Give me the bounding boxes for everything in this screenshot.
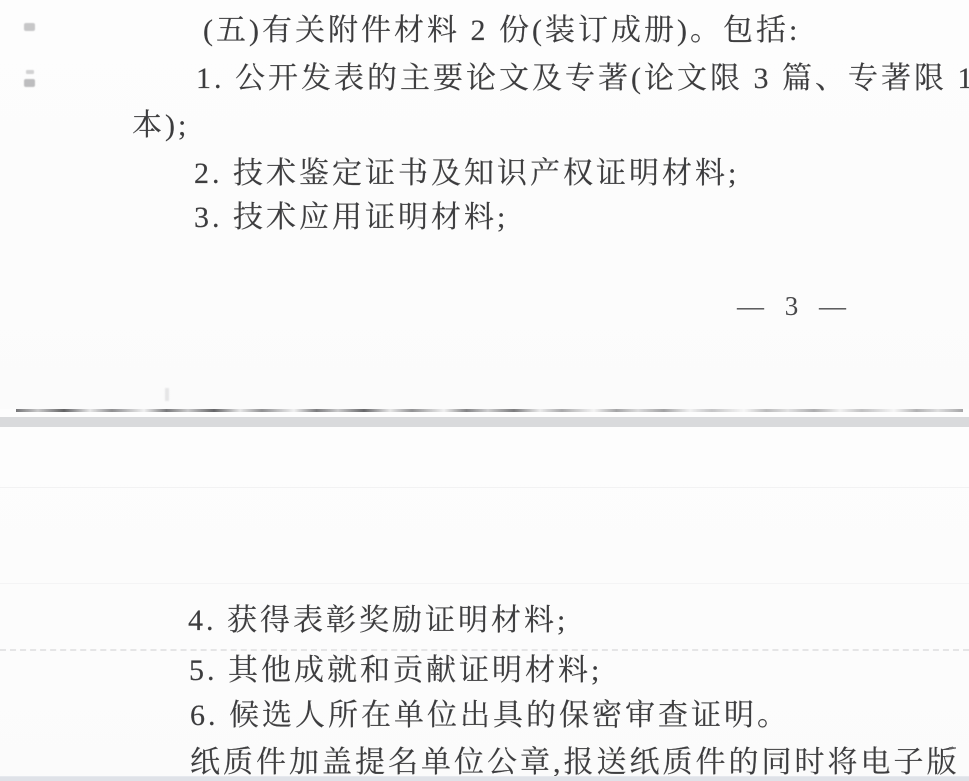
list-item-1-line-1: 1. 公开发表的主要论文及专著(论文限 3 篇、专著限 1 bbox=[196, 61, 969, 97]
page-edge-shadow bbox=[16, 409, 963, 412]
page-number: — 3 — bbox=[737, 291, 853, 322]
faint-scan-line bbox=[0, 583, 969, 584]
faint-scan-line bbox=[0, 487, 969, 488]
page-3-fragment: (五)有关附件材料 2 份(装订成册)。包括: 1. 公开发表的主要论文及专著(… bbox=[0, 0, 969, 409]
scan-tick-mark bbox=[946, 755, 952, 757]
scan-tick-mark bbox=[949, 747, 956, 749]
bottom-edge-band bbox=[0, 776, 969, 781]
page-4-fragment: 4. 获得表彰奖励证明材料; 5. 其他成就和贡献证明材料; 6. 候选人所在单… bbox=[0, 427, 969, 781]
list-item-1-line-2: 本); bbox=[132, 108, 189, 144]
section-5-heading: (五)有关附件材料 2 份(装订成册)。包括: bbox=[203, 13, 800, 49]
scan-smudge-mark bbox=[26, 70, 34, 74]
list-item-3: 3. 技术应用证明材料; bbox=[194, 200, 508, 236]
document-scan: (五)有关附件材料 2 份(装订成册)。包括: 1. 公开发表的主要论文及专著(… bbox=[0, 0, 969, 781]
dashed-scan-line bbox=[0, 649, 969, 651]
list-item-5: 5. 其他成就和贡献证明材料; bbox=[189, 653, 602, 689]
scan-smudge-mark bbox=[165, 388, 169, 401]
scan-smudge-mark bbox=[24, 79, 35, 87]
list-item-4: 4. 获得表彰奖励证明材料; bbox=[188, 603, 568, 639]
scan-smudge-mark bbox=[24, 23, 35, 31]
list-item-6: 6. 候选人所在单位出具的保密审查证明。 bbox=[190, 698, 790, 734]
list-item-2: 2. 技术鉴定证书及知识产权证明材料; bbox=[194, 156, 739, 192]
page-gap-band bbox=[0, 417, 969, 427]
